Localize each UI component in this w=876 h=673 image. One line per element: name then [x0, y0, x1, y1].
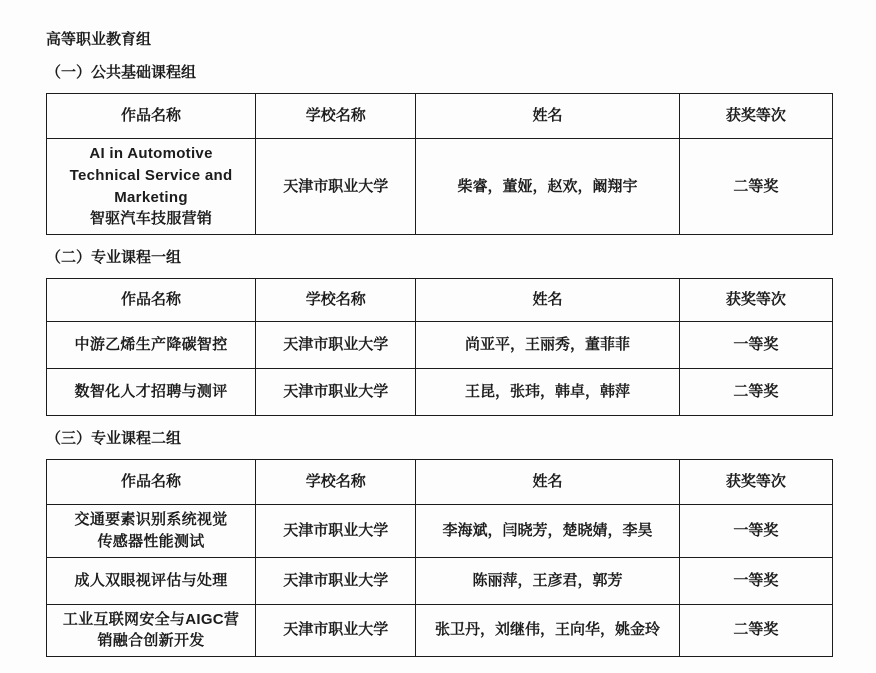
section-1-heading: （一）公共基础课程组: [46, 64, 833, 82]
school-name-cell: 天津市职业大学: [256, 139, 416, 235]
work-name-cell: 中游乙烯生产降碳智控: [47, 322, 256, 369]
column-header-school: 学校名称: [256, 460, 416, 505]
work-name-cell: 工业互联网安全与AIGC营 销融合创新开发: [47, 604, 256, 657]
awards-table-2: 作品名称 学校名称 姓名 获奖等次 中游乙烯生产降碳智控 天津市职业大学 尚亚平…: [46, 278, 833, 416]
column-header-names: 姓名: [416, 279, 679, 322]
section-3-heading: （三）专业课程二组: [46, 430, 833, 448]
names-cell: 尚亚平，王丽秀，董菲菲: [416, 322, 679, 369]
school-name-cell: 天津市职业大学: [256, 369, 416, 416]
work-name-cell: 成人双眼视评估与处理: [47, 557, 256, 604]
work-name-cell: AI in Automotive Technical Service and M…: [47, 139, 256, 235]
column-header-work: 作品名称: [47, 460, 256, 505]
names-cell: 张卫丹，刘继伟，王向华，姚金玲: [416, 604, 679, 657]
award-cell: 二等奖: [679, 139, 832, 235]
school-name-cell: 天津市职业大学: [256, 604, 416, 657]
column-header-award: 获奖等次: [679, 460, 832, 505]
award-cell: 一等奖: [679, 505, 832, 558]
names-cell: 王昆，张玮，韩卓，韩萍: [416, 369, 679, 416]
column-header-school: 学校名称: [256, 279, 416, 322]
names-cell: 陈丽萍，王彦君，郭芳: [416, 557, 679, 604]
table-row: AI in Automotive Technical Service and M…: [47, 139, 833, 235]
award-cell: 一等奖: [679, 322, 832, 369]
work-name-cell: 交通要素识别系统视觉 传感器性能测试: [47, 505, 256, 558]
table-row: 数智化人才招聘与测评 天津市职业大学 王昆，张玮，韩卓，韩萍 二等奖: [47, 369, 833, 416]
award-cell: 二等奖: [679, 369, 832, 416]
table-row: 工业互联网安全与AIGC营 销融合创新开发 天津市职业大学 张卫丹，刘继伟，王向…: [47, 604, 833, 657]
names-cell: 李海斌，闫晓芳，楚晓婧，李昊: [416, 505, 679, 558]
table-row: 成人双眼视评估与处理 天津市职业大学 陈丽萍，王彦君，郭芳 一等奖: [47, 557, 833, 604]
column-header-work: 作品名称: [47, 279, 256, 322]
work-name-cell: 数智化人才招聘与测评: [47, 369, 256, 416]
column-header-work: 作品名称: [47, 94, 256, 139]
document-page: 高等职业教育组 （一）公共基础课程组 作品名称 学校名称 姓名 获奖等次 AI …: [0, 0, 876, 673]
table-row: 交通要素识别系统视觉 传感器性能测试 天津市职业大学 李海斌，闫晓芳，楚晓婧，李…: [47, 505, 833, 558]
table-header-row: 作品名称 学校名称 姓名 获奖等次: [47, 94, 833, 139]
school-name-cell: 天津市职业大学: [256, 322, 416, 369]
column-header-award: 获奖等次: [679, 279, 832, 322]
school-name-cell: 天津市职业大学: [256, 557, 416, 604]
table-header-row: 作品名称 学校名称 姓名 获奖等次: [47, 279, 833, 322]
page-title: 高等职业教育组: [46, 30, 833, 50]
column-header-names: 姓名: [416, 460, 679, 505]
award-cell: 二等奖: [679, 604, 832, 657]
awards-table-3: 作品名称 学校名称 姓名 获奖等次 交通要素识别系统视觉 传感器性能测试 天津市…: [46, 459, 833, 657]
column-header-school: 学校名称: [256, 94, 416, 139]
table-header-row: 作品名称 学校名称 姓名 获奖等次: [47, 460, 833, 505]
school-name-cell: 天津市职业大学: [256, 505, 416, 558]
column-header-award: 获奖等次: [679, 94, 832, 139]
table-row: 中游乙烯生产降碳智控 天津市职业大学 尚亚平，王丽秀，董菲菲 一等奖: [47, 322, 833, 369]
award-cell: 一等奖: [679, 557, 832, 604]
names-cell: 柴睿，董娅，赵欢，阚翔宇: [416, 139, 679, 235]
column-header-names: 姓名: [416, 94, 679, 139]
section-2-heading: （二）专业课程一组: [46, 249, 833, 267]
awards-table-1: 作品名称 学校名称 姓名 获奖等次 AI in Automotive Techn…: [46, 93, 833, 235]
